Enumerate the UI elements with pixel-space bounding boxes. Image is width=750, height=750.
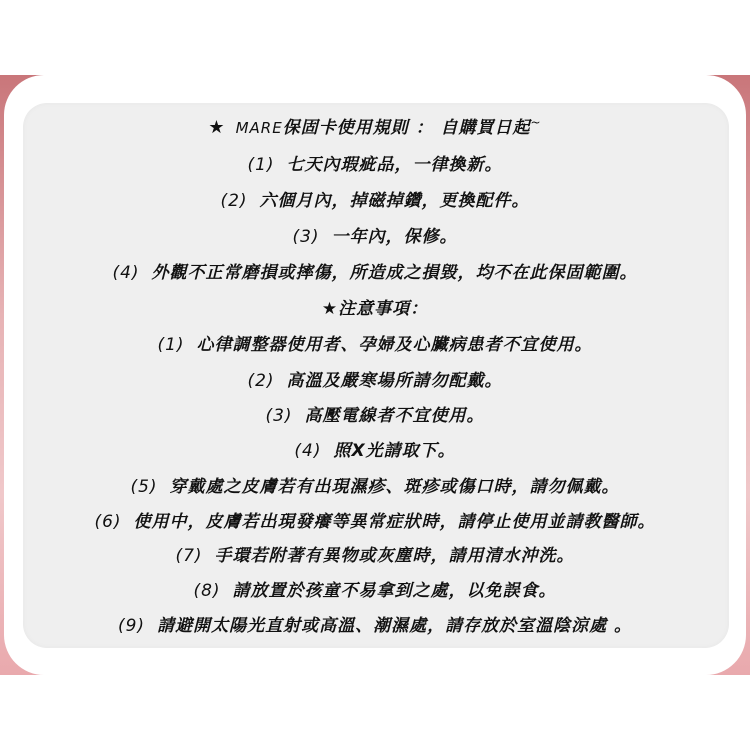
rule-text: 六個月內，掉磁掉鑽，更換配件。 <box>260 191 530 211</box>
notice-text: 照X光請取下。 <box>333 441 455 461</box>
warranty-card-image: ★MARE保固卡使用規則 ： 自購買日起~ (1)七天內瑕疵品，一律換新。 (2… <box>0 0 750 750</box>
warranty-title-text: 保固卡使用規則 ： 自購買日起 <box>283 118 531 138</box>
warranty-rule: (1)七天內瑕疵品，一律換新。 <box>0 150 750 175</box>
notice-text: 請避開太陽光直射或高溫、潮濕處，請存放於室溫陰涼處 。 <box>157 616 632 636</box>
notice-item: (5)穿戴處之皮膚若有出現濕疹、斑疹或傷口時，請勿佩戴。 <box>0 472 750 497</box>
notice-text: 手環若附著有異物或灰塵時，請用清水沖洗。 <box>215 546 575 566</box>
star-icon: ★ <box>208 117 225 138</box>
notice-number: (9) <box>118 616 145 636</box>
rule-text: 一年內，保修。 <box>332 227 458 247</box>
notice-text: 高溫及嚴寒場所請勿配戴。 <box>287 371 503 391</box>
notice-item: (3)高壓電線者不宜使用。 <box>0 401 750 426</box>
notice-text: 使用中，皮膚若出現發癢等異常症狀時，請停止使用並請教醫師。 <box>134 512 656 532</box>
warranty-rule: (3)一年內，保修。 <box>0 222 750 247</box>
warranty-rule: (2)六個月內，掉磁掉鑽，更換配件。 <box>0 186 750 211</box>
tilde-mark: ~ <box>531 115 542 129</box>
warranty-title: ★MARE保固卡使用規則 ： 自購買日起~ <box>0 113 750 138</box>
notice-item: (7)手環若附著有異物或灰塵時，請用清水沖洗。 <box>0 541 750 566</box>
notice-item: (1)心律調整器使用者、孕婦及心臟病患者不宜使用。 <box>0 330 750 355</box>
notice-number: (8) <box>193 581 220 601</box>
notice-text: 請放置於孩童不易拿到之處，以免誤食。 <box>233 581 557 601</box>
notice-item: (8)請放置於孩童不易拿到之處，以免誤食。 <box>0 576 750 601</box>
notice-item: (9)請避開太陽光直射或高溫、潮濕處，請存放於室溫陰涼處 。 <box>0 611 750 636</box>
notice-number: (1) <box>157 335 184 355</box>
notice-item: (2)高溫及嚴寒場所請勿配戴。 <box>0 366 750 391</box>
notice-number: (6) <box>94 512 121 532</box>
notice-heading: ★注意事項： <box>0 294 750 319</box>
notice-text: 高壓電線者不宜使用。 <box>305 406 485 426</box>
notice-number: (7) <box>175 546 202 566</box>
rule-text: 七天內瑕疵品，一律換新。 <box>287 155 503 175</box>
notice-number: (3) <box>265 406 292 426</box>
notice-number: (4) <box>294 441 321 461</box>
warranty-rule: (4)外觀不正常磨損或摔傷，所造成之損毀，均不在此保固範圍。 <box>0 258 750 283</box>
notice-item: (4)照X光請取下。 <box>0 436 750 461</box>
rule-number: (3) <box>292 227 319 247</box>
notice-text: 心律調整器使用者、孕婦及心臟病患者不宜使用。 <box>197 335 593 355</box>
rule-number: (2) <box>220 191 247 211</box>
notice-item: (6)使用中，皮膚若出現發癢等異常症狀時，請停止使用並請教醫師。 <box>0 507 750 532</box>
rule-text: 外觀不正常磨損或摔傷，所造成之損毀，均不在此保固範圍。 <box>152 263 638 283</box>
rule-number: (1) <box>247 155 274 175</box>
rule-number: (4) <box>112 263 139 283</box>
notice-number: (5) <box>130 477 157 497</box>
notice-text: 穿戴處之皮膚若有出現濕疹、斑疹或傷口時，請勿佩戴。 <box>170 477 620 497</box>
notice-number: (2) <box>247 371 274 391</box>
brand-name: MARE <box>236 119 283 137</box>
